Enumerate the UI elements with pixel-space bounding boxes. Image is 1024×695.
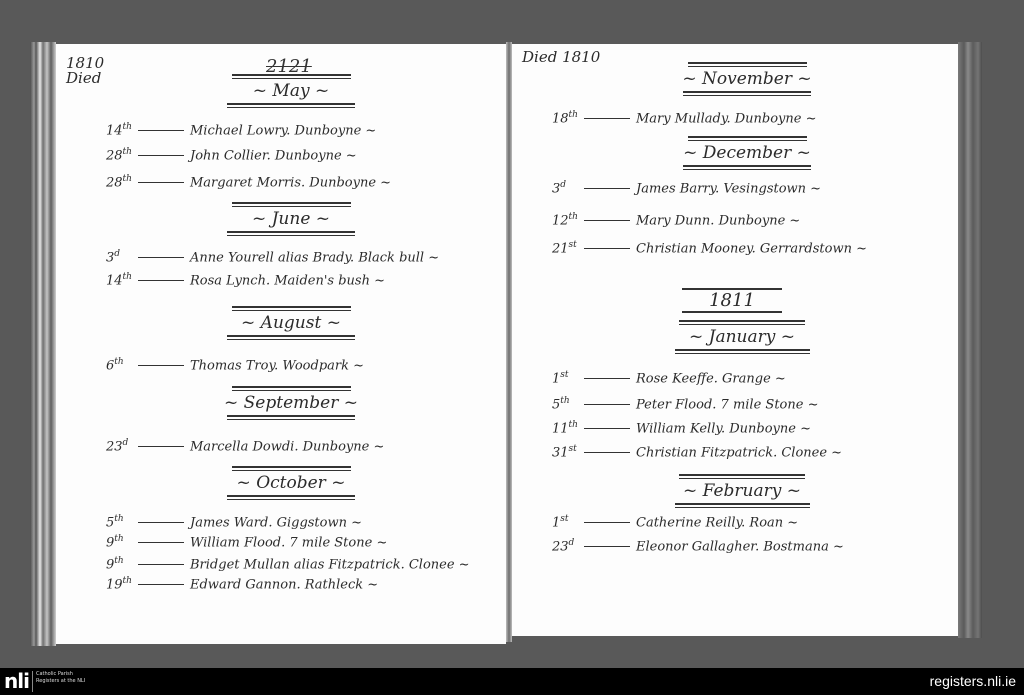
entry-separator: . — [712, 397, 720, 412]
month-heading: ~ January ~ — [652, 320, 832, 354]
entry-dash — [584, 378, 630, 379]
entry-dash — [138, 257, 184, 258]
entry-day-suffix: th — [123, 147, 132, 157]
entry-place: Dunboyne — [309, 175, 376, 190]
register-entry: 9thBridget Mullan alias Fitzpatrick. Clo… — [106, 556, 470, 572]
entry-separator: . — [296, 577, 304, 592]
entry-tail: ~ — [369, 439, 384, 454]
year-rule-bottom — [682, 311, 782, 313]
entry-place: Dunboyne — [729, 421, 796, 436]
entry-name: Anne Yourell alias Brady — [190, 250, 350, 265]
entry-day-suffix: st — [569, 444, 577, 454]
entry-day: 11th — [552, 420, 582, 436]
entry-place: Bostmana — [763, 539, 828, 554]
year-label: 1811 — [709, 290, 755, 311]
entry-day: 18th — [552, 110, 582, 126]
entry-day-suffix: th — [123, 122, 132, 132]
entry-dash — [138, 280, 184, 281]
month-rule-bottom — [675, 503, 810, 508]
entry-day-suffix: th — [123, 272, 132, 282]
entry-place: Gerrardstown — [760, 241, 852, 256]
entry-name: John Collier — [190, 148, 267, 163]
entry-day-suffix: th — [114, 556, 123, 566]
entry-name: Rosa Lynch — [190, 273, 266, 288]
entry-day-suffix: d — [569, 538, 575, 548]
month-heading: ~ November ~ — [662, 62, 832, 96]
register-entry: 28thMargaret Morris. Dunboyne ~ — [106, 174, 391, 190]
entry-name: Margaret Morris — [190, 175, 301, 190]
logo-divider — [32, 671, 33, 692]
left-page: 1810 Died 2121 ~ May ~14thMichael Lowry.… — [56, 44, 506, 644]
entry-day-suffix: th — [560, 396, 569, 406]
month-heading: ~ December ~ — [662, 136, 832, 170]
entry-separator: . — [266, 273, 274, 288]
month-label: ~ February ~ — [652, 479, 832, 503]
entry-dash — [138, 130, 184, 131]
entry-day-number: 21 — [552, 241, 569, 256]
entry-tail: ~ — [342, 148, 357, 163]
entry-name: Christian Fitzpatrick — [636, 445, 773, 460]
entry-name: Thomas Troy — [190, 358, 274, 373]
entry-day-suffix: d — [123, 438, 129, 448]
entry-day: 5th — [106, 514, 136, 530]
month-label: ~ May ~ — [206, 79, 376, 103]
entry-place: Dunboyne — [719, 213, 786, 228]
register-entry: 9thWilliam Flood. 7 mile Stone ~ — [106, 534, 387, 550]
register-entry: 12thMary Dunn. Dunboyne ~ — [552, 212, 800, 228]
entry-day: 3d — [106, 249, 136, 265]
register-entry: 18thMary Mullady. Dunboyne ~ — [552, 110, 816, 126]
month-rule-bottom — [227, 335, 355, 340]
register-entry: 14thMichael Lowry. Dunboyne ~ — [106, 122, 376, 138]
register-entry: 6thThomas Troy. Woodpark ~ — [106, 357, 364, 373]
entry-separator: . — [710, 213, 718, 228]
entry-day-suffix: st — [560, 370, 568, 380]
entry-day-number: 23 — [552, 539, 569, 554]
month-rule-bottom — [227, 415, 355, 420]
entry-dash — [138, 446, 184, 447]
entry-name: William Kelly — [636, 421, 721, 436]
right-page: Died 1810 ~ November ~18thMary Mullady. … — [512, 44, 958, 636]
month-rule-bottom — [683, 91, 811, 96]
year-heading: 1811 — [682, 288, 782, 313]
entry-tail: ~ — [424, 250, 439, 265]
month-label: ~ August ~ — [206, 311, 376, 335]
month-rule-bottom — [675, 349, 810, 354]
site-url[interactable]: registers.nli.ie — [930, 673, 1016, 689]
entry-day: 23d — [552, 538, 582, 554]
entry-day-suffix: th — [569, 212, 578, 222]
register-entry: 3dJames Barry. Vesingstown ~ — [552, 180, 821, 196]
entry-day-number: 14 — [106, 273, 123, 288]
entry-day: 3d — [552, 180, 582, 196]
entry-name: Eleonor Gallagher — [636, 539, 755, 554]
entry-day: 9th — [106, 534, 136, 550]
entry-place: Clonee — [409, 557, 455, 572]
register-entry: 5thJames Ward. Giggstown ~ — [106, 514, 362, 530]
entry-tail: ~ — [829, 539, 844, 554]
entry-tail: ~ — [783, 515, 798, 530]
entry-dash — [138, 522, 184, 523]
entry-dash — [584, 118, 630, 119]
entry-place: Dunboyne — [295, 123, 362, 138]
entry-separator: . — [267, 148, 275, 163]
entry-separator: . — [726, 111, 734, 126]
entry-dash — [584, 428, 630, 429]
entry-dash — [138, 365, 184, 366]
corner-label: Died — [66, 71, 104, 86]
entry-name: William Flood — [190, 535, 281, 550]
entry-dash — [584, 220, 630, 221]
register-entry: 3dAnne Yourell alias Brady. Black bull ~ — [106, 249, 439, 265]
entry-tail: ~ — [349, 358, 364, 373]
register-entry: 19thEdward Gannon. Rathleck ~ — [106, 576, 378, 592]
entry-separator: . — [752, 241, 760, 256]
entry-day: 6th — [106, 357, 136, 373]
entry-name: Mary Mullady — [636, 111, 726, 126]
entry-place: Rathleck — [305, 577, 363, 592]
entry-day-number: 28 — [106, 148, 123, 163]
entry-day-suffix: d — [114, 249, 120, 259]
entry-tail: ~ — [771, 371, 786, 386]
month-heading: ~ September ~ — [206, 386, 376, 420]
entry-name: Marcella Dowdi — [190, 439, 294, 454]
entry-day: 12th — [552, 212, 582, 228]
entry-day: 1st — [552, 370, 582, 386]
entry-separator: . — [294, 439, 302, 454]
entry-day-number: 18 — [552, 111, 569, 126]
register-entry: 14thRosa Lynch. Maiden's bush ~ — [106, 272, 385, 288]
register-scan: 1810 Died 2121 ~ May ~14thMichael Lowry.… — [0, 0, 1024, 668]
month-label: ~ September ~ — [206, 391, 376, 415]
entry-place: Giggstown — [277, 515, 347, 530]
right-corner-heading: Died 1810 — [522, 50, 600, 65]
entry-dash — [138, 155, 184, 156]
entry-day-suffix: th — [123, 174, 132, 184]
entry-day-suffix: d — [560, 180, 566, 190]
entry-place: Woodpark — [282, 358, 349, 373]
entry-tail: ~ — [806, 181, 821, 196]
entry-tail: ~ — [376, 175, 391, 190]
entry-day-suffix: st — [560, 514, 568, 524]
register-entry: 28thJohn Collier. Dunboyne ~ — [106, 147, 357, 163]
register-entry: 5thPeter Flood. 7 mile Stone ~ — [552, 396, 818, 412]
entry-name: Christian Mooney — [636, 241, 752, 256]
entry-day: 1st — [552, 514, 582, 530]
entry-place: Clonee — [781, 445, 827, 460]
entry-place: Dunboyne — [735, 111, 802, 126]
entry-place: Maiden's bush — [274, 273, 370, 288]
month-rule-bottom — [227, 231, 355, 236]
entry-name: Edward Gannon — [190, 577, 296, 592]
month-rule-bottom — [227, 495, 355, 500]
register-entry: 23dEleonor Gallagher. Bostmana ~ — [552, 538, 844, 554]
entry-place: Black bull — [358, 250, 424, 265]
month-label: ~ November ~ — [662, 67, 832, 91]
entry-day-number: 11 — [552, 421, 569, 436]
entry-place: 7 mile Stone — [289, 535, 372, 550]
entry-tail: ~ — [455, 557, 470, 572]
register-entry: 1stRose Keeffe. Grange ~ — [552, 370, 786, 386]
entry-day-suffix: th — [114, 357, 123, 367]
entry-tail: ~ — [785, 213, 800, 228]
entry-name: Mary Dunn — [636, 213, 710, 228]
register-entry: 31stChristian Fitzpatrick. Clonee ~ — [552, 444, 842, 460]
month-label: ~ December ~ — [662, 141, 832, 165]
entry-place: Dunboyne — [303, 439, 370, 454]
entry-day-suffix: st — [569, 240, 577, 250]
book-edge-right — [958, 42, 982, 638]
entry-day-suffix: th — [114, 534, 123, 544]
entry-dash — [584, 452, 630, 453]
month-rule-bottom — [227, 103, 355, 108]
month-heading: ~ August ~ — [206, 306, 376, 340]
entry-day-suffix: th — [114, 514, 123, 524]
entry-tail: ~ — [363, 577, 378, 592]
entry-separator: . — [401, 557, 409, 572]
entry-tail: ~ — [347, 515, 362, 530]
register-entry: 1stCatherine Reilly. Roan ~ — [552, 514, 798, 530]
entry-place: 7 mile Stone — [721, 397, 804, 412]
entry-day: 31st — [552, 444, 582, 460]
entry-place: Vesingstown — [723, 181, 806, 196]
entry-separator: . — [268, 515, 276, 530]
month-heading: ~ May ~ — [206, 74, 376, 108]
month-label: ~ January ~ — [652, 325, 832, 349]
entry-dash — [584, 188, 630, 189]
entry-name: Bridget Mullan alias Fitzpatrick — [190, 557, 401, 572]
entry-day: 28th — [106, 147, 136, 163]
entry-day: 23d — [106, 438, 136, 454]
entry-separator: . — [714, 371, 722, 386]
entry-dash — [584, 248, 630, 249]
month-heading: ~ June ~ — [206, 202, 376, 236]
entry-dash — [584, 546, 630, 547]
entry-separator: . — [721, 421, 729, 436]
entry-day: 19th — [106, 576, 136, 592]
entry-place: Roan — [749, 515, 783, 530]
entry-day-number: 28 — [106, 175, 123, 190]
entry-tail: ~ — [852, 241, 867, 256]
entry-name: James Ward — [190, 515, 268, 530]
left-corner-heading: 1810 Died — [66, 56, 104, 86]
entry-tail: ~ — [370, 273, 385, 288]
entry-tail: ~ — [796, 421, 811, 436]
entry-day-number: 12 — [552, 213, 569, 228]
register-entry: 21stChristian Mooney. Gerrardstown ~ — [552, 240, 867, 256]
entry-day: 14th — [106, 122, 136, 138]
entry-separator: . — [286, 123, 294, 138]
entry-place: Dunboyne — [275, 148, 342, 163]
entry-name: Rose Keeffe — [636, 371, 714, 386]
entry-dash — [584, 404, 630, 405]
register-entry: 23dMarcella Dowdi. Dunboyne ~ — [106, 438, 384, 454]
entry-dash — [138, 542, 184, 543]
nli-logo[interactable]: nli — [4, 671, 29, 691]
logo-caption: Catholic Parish Registers at the NLI — [36, 671, 96, 685]
month-heading: ~ February ~ — [652, 474, 832, 508]
entry-tail: ~ — [361, 123, 376, 138]
entry-day-suffix: th — [569, 110, 578, 120]
entry-name: James Barry — [636, 181, 715, 196]
entry-day: 14th — [106, 272, 136, 288]
entry-day-suffix: th — [123, 576, 132, 586]
month-label: ~ October ~ — [206, 471, 376, 495]
register-entry: 11thWilliam Kelly. Dunboyne ~ — [552, 420, 811, 436]
entry-dash — [584, 522, 630, 523]
entry-place: Grange — [722, 371, 771, 386]
entry-name: Catherine Reilly — [636, 515, 741, 530]
entry-day-suffix: th — [569, 420, 578, 430]
book-edge-left — [30, 42, 56, 646]
entry-dash — [138, 564, 184, 565]
entry-day-number: 31 — [552, 445, 569, 460]
entry-tail: ~ — [801, 111, 816, 126]
entry-day: 5th — [552, 396, 582, 412]
entry-name: Peter Flood — [636, 397, 712, 412]
entry-name: Michael Lowry — [190, 123, 286, 138]
entry-tail: ~ — [827, 445, 842, 460]
entry-day: 28th — [106, 174, 136, 190]
entry-day-number: 23 — [106, 439, 123, 454]
entry-dash — [138, 584, 184, 585]
entry-tail: ~ — [372, 535, 387, 550]
viewer-footer: nli Catholic Parish Registers at the NLI… — [0, 668, 1024, 695]
month-label: ~ June ~ — [206, 207, 376, 231]
month-rule-bottom — [683, 165, 811, 170]
entry-day: 9th — [106, 556, 136, 572]
entry-day-number: 14 — [106, 123, 123, 138]
entry-day-number: 19 — [106, 577, 123, 592]
entry-dash — [138, 182, 184, 183]
month-heading: ~ October ~ — [206, 466, 376, 500]
entry-tail: ~ — [803, 397, 818, 412]
entry-day: 21st — [552, 240, 582, 256]
